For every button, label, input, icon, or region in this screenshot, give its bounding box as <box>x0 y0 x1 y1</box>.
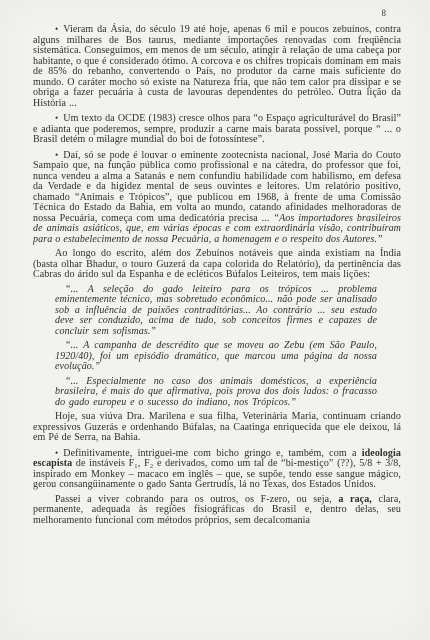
bold-phrase: a raça, <box>338 494 372 505</box>
quote-selecao-gado-leiteiro: “... A seleção do gado leiteiro para os … <box>55 285 377 338</box>
paragraph-text: Um texto da OCDE (1983) cresce olhos par… <box>33 113 401 145</box>
paragraph-zebu-history: •Vieram da Ásia, do século 19 até hoje, … <box>33 24 401 109</box>
paragraph-couto-sampaio: •Daí, só se pode é louvar o eminente zoo… <box>33 150 401 246</box>
page-number: 8 <box>382 8 387 18</box>
paragraph-text: Hoje, sua viúva Dra. Marilena e sua filh… <box>33 411 401 443</box>
quote-text: “... Especialmente no caso dos animais d… <box>55 376 377 408</box>
paragraph-text: Vieram da Ásia, do século 19 até hoje, a… <box>33 24 401 109</box>
paragraph-text: Passei a viver cobrando para os outros, … <box>55 494 338 505</box>
scanned-document-page: 8 •Vieram da Ásia, do século 19 até hoje… <box>0 0 430 640</box>
paragraph-viuva-marilena: Hoje, sua viúva Dra. Marilena e sua filh… <box>33 412 401 444</box>
paragraph-relatorio-licoes: Ao longo do escrito, além dos Zebuínos n… <box>33 249 401 281</box>
paragraph-ideologia-escapista: •Definitivamente, intriguei-me com bicho… <box>33 448 401 491</box>
paragraph-ocde-text: •Um texto da OCDE (1983) cresce olhos pa… <box>33 113 401 146</box>
quote-campanha-descredito: “... A campanha de descrédito que se mov… <box>55 341 377 373</box>
page-text-block: •Vieram da Ásia, do século 19 até hoje, … <box>33 24 401 530</box>
paragraph-text: de instáveis F₁, F₂ e derivados, como um… <box>33 458 401 490</box>
paragraph-text: Ao longo do escrito, além dos Zebuínos n… <box>33 248 401 280</box>
paragraph-f-zero: Passei a viver cobrando para os outros, … <box>33 495 401 527</box>
quote-text: “... A campanha de descrédito que se mov… <box>55 340 377 372</box>
quote-text: “... A seleção do gado leiteiro para os … <box>55 284 377 337</box>
quote-animais-domesticos: “... Especialmente no caso dos animais d… <box>55 377 377 409</box>
paragraph-text: Definitivamente, intriguei-me com bicho … <box>63 448 361 459</box>
